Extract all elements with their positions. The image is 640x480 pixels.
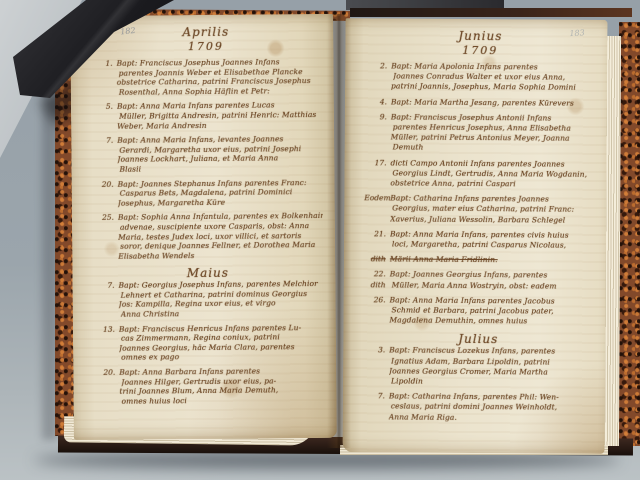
- entry-text: Bapt: Franciscus Josephus Antonii Infans…: [391, 112, 595, 154]
- register-entry: 20.Bapt: Joannes Stephanus Infans parent…: [92, 177, 323, 208]
- entry-line: Elisabetha Wendels: [118, 250, 323, 261]
- register-entry: 3.Bapt: Franciscus Lozekus Infans, paren…: [363, 346, 593, 388]
- entry-text: Bapt: Catharina Infans parentes JoannesG…: [390, 194, 594, 226]
- entry-line: Märii Anna Maria Fridlinin.: [390, 255, 594, 267]
- year-label: 1709: [365, 43, 595, 58]
- entry-text: Bapt: Joannes Georgius Infans, parentesM…: [390, 270, 594, 292]
- entry-day-number: 5.: [91, 102, 117, 131]
- entry-line: Casparus Bets, Magdalena, patrini Domini…: [120, 187, 323, 198]
- entry-text: Bapt: Anna Maria Infans, levantes Joanne…: [117, 134, 322, 174]
- entry-text: Bapt: Anna Barbara Infans parentesJoanne…: [119, 366, 324, 406]
- register-entry: 9.Bapt: Franciscus Josephus Antonii Infa…: [365, 112, 595, 154]
- month-heading: Junius: [365, 28, 595, 44]
- entry-day-number: dith: [364, 254, 390, 264]
- entry-line: Weber, Maria Andresin: [117, 120, 322, 131]
- entry-line: omnes huius loci: [121, 395, 324, 406]
- manuscript-page-right: 183 Junius17092.Bapt: Maria Apolonia Inf…: [342, 18, 607, 454]
- entry-day-number: 7.: [91, 136, 117, 175]
- register-entry: 7.Bapt: Catharina Infans, parentes Phil:…: [363, 392, 593, 424]
- entry-line: Müller, Brigitta Andresin, patrini Henri…: [119, 110, 322, 121]
- entry-text: Märii Anna Maria Fridlinin.: [390, 255, 594, 267]
- entry-text: Bapt: Sophia Anna Infantula, parentes ex…: [118, 211, 323, 261]
- entry-text: Bapt: Georgius Josephus Infans, parentes…: [118, 279, 323, 319]
- entry-text: Bapt: Anna Maria Infans parentes Jacobus…: [389, 295, 593, 327]
- register-entry: 7.Bapt: Georgius Josephus Infans, parent…: [92, 279, 323, 319]
- book-cover-edge-top-right: [350, 8, 632, 17]
- entry-text: dicti Campo Antonii Infans parentes Joan…: [390, 158, 594, 190]
- entry-line: Müller, Maria Anna Wostryin, obst: eadem: [392, 280, 594, 292]
- entry-day-number: 17.: [364, 158, 390, 189]
- entry-line: obstetrice Catharina, patrini Franciscus…: [117, 76, 322, 87]
- entry-day-number: 21.: [364, 229, 390, 250]
- entry-text: Bapt: Anna Maria Infans, parentes civis …: [390, 229, 594, 251]
- register-entry: 5.Bapt: Anna Maria Infans parentes Lucas…: [91, 100, 322, 131]
- register-entry: 22. dithBapt: Joannes Georgius Infans, p…: [364, 270, 594, 292]
- entry-line: Bapt: Maria Martha Jesang, parentes Küre…: [391, 97, 595, 109]
- year-label: 1709: [90, 39, 321, 54]
- entry-text: Bapt: Maria Martha Jesang, parentes Küre…: [391, 97, 595, 109]
- entry-day-number: 7.: [363, 392, 389, 423]
- entry-day-number: 1.: [91, 59, 117, 98]
- register-entry: 1.Bapt: Franciscus Josephus Joannes Infa…: [91, 57, 322, 97]
- entry-day-number: 25.: [92, 213, 118, 261]
- book-cover-edge-right: [619, 22, 640, 446]
- register-entry: 25.Bapt: Sophia Anna Infantula, parentes…: [92, 211, 323, 261]
- entry-line: omnes ex pago: [121, 351, 324, 362]
- entry-line: obstetrice Anna, patrini Caspari: [390, 178, 594, 190]
- entry-text: Bapt: Franciscus Lozekus Infans, parente…: [389, 346, 593, 388]
- entry-line: Rosenthal, Anna Sophia Häflin et Petr:: [119, 86, 322, 97]
- entry-day-number: 26.: [363, 295, 389, 326]
- entry-line: soror, denique Joannes Fellner, et Dorot…: [120, 240, 323, 251]
- entry-day-number: 20.: [92, 179, 118, 208]
- folio-number-right: 183: [569, 28, 585, 38]
- entry-text: Bapt: Anna Maria Infans parentes LucasMü…: [117, 100, 322, 131]
- entry-text: Bapt: Franciscus Henricus Infans parente…: [119, 323, 324, 363]
- entry-line: Anna Maria Riga.: [389, 412, 593, 424]
- entry-day-number: 20.: [93, 368, 119, 407]
- register-entry: 2.Bapt: Maria Apolonia Infans parentesJo…: [365, 61, 595, 93]
- register-entry: EodemBapt: Catharina Infans parentes Joa…: [364, 193, 594, 225]
- entry-day-number: 13.: [93, 324, 119, 363]
- entry-text: Bapt: Maria Apolonia Infans parentesJoan…: [391, 61, 595, 93]
- entry-text: Bapt: Franciscus Josephus Joannes Infans…: [117, 57, 322, 97]
- entry-line: Demuth: [393, 143, 595, 155]
- register-entry: 26.Bapt: Anna Maria Infans parentes Jaco…: [363, 295, 593, 327]
- entry-text: Bapt: Joannes Stephanus Infans parentes …: [118, 177, 323, 208]
- entry-day-number: 3.: [363, 346, 389, 387]
- entry-line: Lipoldin: [391, 376, 593, 388]
- archival-photo: 182 Aprilis17091.Bapt: Franciscus Joseph…: [0, 0, 640, 480]
- register-entry: dithMärii Anna Maria Fridlinin.: [364, 254, 594, 266]
- entry-day-number: Eodem: [364, 193, 390, 224]
- register-entry: 4.Bapt: Maria Martha Jesang, parentes Kü…: [365, 97, 595, 109]
- entry-text: Bapt: Catharina Infans, parentes Phil: W…: [389, 392, 593, 424]
- register-entry: 20.Bapt: Anna Barbara Infans parentesJoa…: [93, 366, 324, 406]
- entry-day-number: 9.: [365, 112, 391, 153]
- register-entry: 13.Bapt: Franciscus Henricus Infans pare…: [93, 323, 324, 363]
- entry-line: Magdalena Demuthin, omnes huius: [389, 316, 593, 328]
- entry-day-number: 7.: [92, 281, 118, 320]
- entry-line: Blasii: [119, 163, 322, 174]
- book-gutter-shadow: [327, 14, 351, 448]
- entry-line: Anna Christina: [121, 308, 324, 319]
- entry-line: loci, Margaretha, patrini Casparus Nicol…: [392, 239, 594, 251]
- page-sections: Aprilis17091.Bapt: Franciscus Josephus J…: [90, 22, 325, 434]
- entry-day-number: 2.: [365, 61, 391, 92]
- register-entry: 7.Bapt: Anna Maria Infans, levantes Joan…: [91, 134, 322, 174]
- manuscript-page-left: 182 Aprilis17091.Bapt: Franciscus Joseph…: [70, 14, 337, 440]
- entry-line: Xaverius, Juliana Wessolin, Barbara Schl…: [390, 214, 594, 226]
- entry-day-number: 22. dith: [364, 270, 390, 291]
- entry-line: Josephus, Margaretha Küre: [118, 197, 323, 208]
- entry-line: patrini Joannis, Josephus, Maria Sophia …: [391, 82, 595, 94]
- register-entry: 21.Bapt: Anna Maria Infans, parentes civ…: [364, 229, 594, 251]
- entry-day-number: 4.: [365, 97, 391, 107]
- page-sections: Junius17092.Bapt: Maria Apolonia Infans …: [363, 26, 596, 448]
- register-entry: 17.dicti Campo Antonii Infans parentes J…: [364, 158, 594, 190]
